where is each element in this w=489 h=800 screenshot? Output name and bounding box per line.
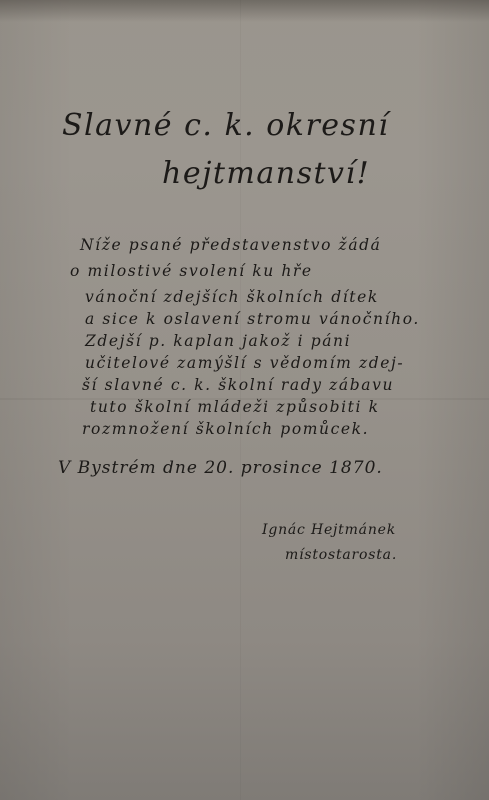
body-line: ší slavné c. k. školní rady zábavu [82, 376, 394, 394]
body-line: rozmnožení školních pomůcek. [82, 420, 369, 438]
signature-title: místostarosta. [285, 547, 397, 563]
document-page: Slavné c. k. okresní hejtmanství! Níže p… [0, 0, 489, 800]
body-line: o milostivé svolení ku hře [70, 262, 313, 280]
signature-name: Ignác Hejtmánek [262, 522, 396, 538]
body-line: Níže psané představenstvo žádá [80, 236, 382, 254]
body-line: tuto školní mládeži způsobiti k [90, 398, 380, 416]
body-line: učitelové zamýšlí s vědomím zdej- [85, 354, 404, 372]
body-line: vánoční zdejších školních dítek [85, 288, 379, 306]
salutation-line-1: Slavné c. k. okresní [62, 108, 389, 143]
dateline: V Bystrém dne 20. prosince 1870. [58, 458, 383, 478]
salutation-line-2: hejtmanství! [162, 156, 370, 191]
body-line: Zdejší p. kaplan jakož i páni [85, 332, 351, 350]
body-line: a sice k oslavení stromu vánočního. [85, 310, 420, 328]
